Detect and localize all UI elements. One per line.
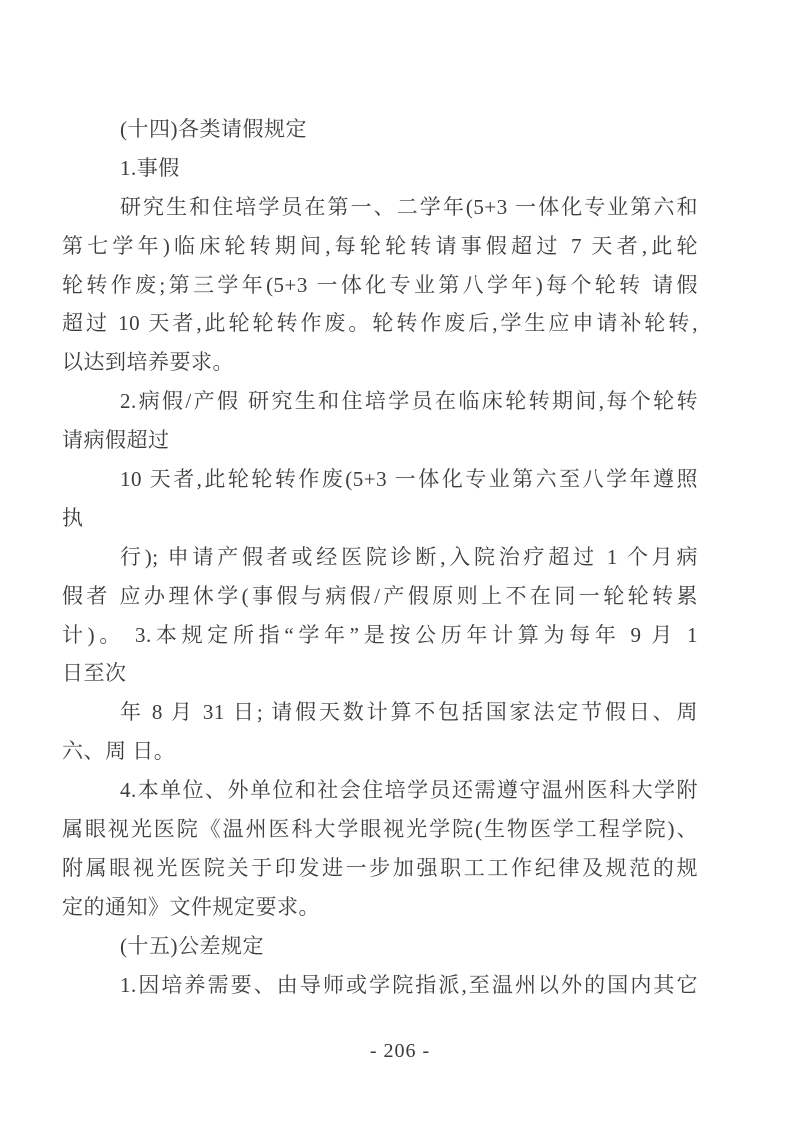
text-line-body: 执 [62,499,698,538]
text-line-body: 计)。 3.本规定所指“学年”是按公历年计算为每年 9 月 1 [62,616,698,655]
text-line-body: 2.病假/产假 研究生和住培学员在临床轮转期间,每个轮转 [62,382,698,421]
text-line-section-heading: (十五)公差规定 [62,927,698,966]
text-line-section-heading: (十四)各类请假规定 [62,110,698,149]
text-line-body: 10 天者,此轮轮转作废(5+3 一体化专业第六至八学年遵照 [62,460,698,499]
text-line-body: 以达到培养要求。 [62,343,698,382]
document-body: (十四)各类请假规定1.事假研究生和住培学员在第一、二学年(5+3 一体化专业第… [62,110,698,1004]
text-line-body: 年 8 月 31 日; 请假天数计算不包括国家法定节假日、周 [62,693,698,732]
text-line-body: 日至次 [62,654,698,693]
text-line-body: 请病假超过 [62,421,698,460]
text-line-body: 第七学年)临床轮转期间,每轮轮转请事假超过 7 天者,此轮 [62,227,698,266]
page-footer: - 206 - [0,1038,800,1064]
text-line-body: 行); 申请产假者或经医院诊断,入院治疗超过 1 个月病 [62,538,698,577]
text-line-body: 超过 10 天者,此轮轮转作废。轮转作废后,学生应申请补轮转, [62,304,698,343]
page-number: - 206 - [370,1040,430,1062]
text-line-body: 六、周 日。 [62,732,698,771]
text-line-body: 研究生和住培学员在第一、二学年(5+3 一体化专业第六和 [62,188,698,227]
text-line-body: 4.本单位、外单位和社会住培学员还需遵守温州医科大学附 [62,771,698,810]
text-line-body: 假者 应办理休学(事假与病假/产假原则上不在同一轮轮转累 [62,577,698,616]
text-line-body: 定的通知》文件规定要求。 [62,888,698,927]
text-line-body: 1.因培养需要、由导师或学院指派,至温州以外的国内其它 [62,966,698,1005]
document-page: (十四)各类请假规定1.事假研究生和住培学员在第一、二学年(5+3 一体化专业第… [0,0,800,1131]
text-line-body: 轮转作废;第三学年(5+3 一体化专业第八学年)每个轮转 请假 [62,266,698,305]
text-line-body: 属眼视光医院《温州医科大学眼视光学院(生物医学工程学院)、 [62,810,698,849]
text-line-body: 附属眼视光医院关于印发进一步加强职工工作纪律及规范的规 [62,849,698,888]
text-line-subheading: 1.事假 [62,149,698,188]
